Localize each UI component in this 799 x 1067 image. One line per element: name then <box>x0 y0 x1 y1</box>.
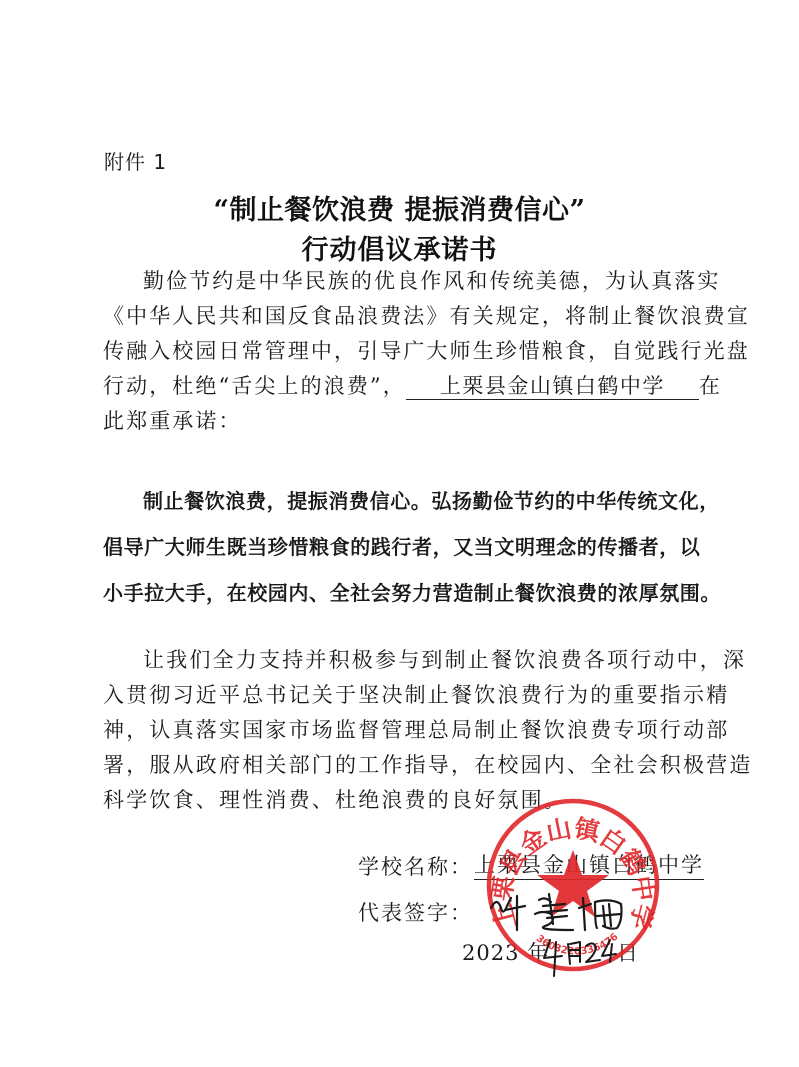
attachment-label: 附件 1 <box>104 146 167 175</box>
paragraph-commitment: 制止餐饮浪费，提振消费信心。弘扬勤俭节约的中华传统文化， 倡导广大师生既当珍惜粮… <box>103 478 708 616</box>
school-name-label: 学校名称： <box>358 851 473 881</box>
paragraph-call-to-action: 让我们全力支持并积极参与到制止餐饮浪费各项行动中，深 入贯彻习近平总书记关于坚决… <box>103 643 708 818</box>
representative-signature-label: 代表签字： <box>358 897 473 927</box>
paragraph-line: 让我们全力支持并积极参与到制止餐饮浪费各项行动中，深 <box>103 643 708 678</box>
paragraph-line: 传融入校园日常管理中，引导广大师生珍惜粮食，自觉践行光盘 <box>103 334 708 369</box>
paragraph-line: 倡导广大师生既当珍惜粮食的践行者，又当文明理念的传播者，以 <box>103 524 708 570</box>
paragraph-line: 神，认真落实国家市场监督管理总局制止餐饮浪费专项行动部 <box>103 713 708 748</box>
document-subtitle: 行动倡议承诺书 <box>0 228 799 267</box>
paragraph-intro: 勤俭节约是中华民族的优良作风和传统美德，为认真落实 《中华人民共和国反食品浪费法… <box>103 264 708 439</box>
line-prefix: 行动，杜绝“舌尖上的浪费”， <box>103 374 406 398</box>
paragraph-line: 《中华人民共和国反食品浪费法》有关规定，将制止餐饮浪费宣 <box>103 299 708 334</box>
paragraph-line: 勤俭节约是中华民族的优良作风和传统美德，为认真落实 <box>103 264 708 299</box>
paragraph-line: 入贯彻习近平总书记关于坚决制止餐饮浪费行为的重要指示精 <box>103 678 708 713</box>
line-suffix: 在 <box>699 374 722 398</box>
paragraph-line: 署，服从政府相关部门的工作指导，在校园内、全社会积极营造 <box>103 748 708 783</box>
paragraph-line: 行动，杜绝“舌尖上的浪费”，上栗县金山镇白鹤中学在 <box>103 369 708 404</box>
paragraph-line: 小手拉大手，在校园内、全社会努力营造制止餐饮浪费的浓厚氛围。 <box>103 570 708 616</box>
paragraph-line: 制止餐饮浪费，提振消费信心。弘扬勤俭节约的中华传统文化， <box>103 478 708 524</box>
handwritten-date-icon <box>540 930 620 980</box>
document-page: 附件 1 “制止餐饮浪费 提振消费信心” 行动倡议承诺书 勤俭节约是中华民族的优… <box>0 0 799 1067</box>
document-title: “制止餐饮浪费 提振消费信心” <box>0 188 799 227</box>
school-fill-in: 上栗县金山镇白鹤中学 <box>406 373 699 400</box>
paragraph-line: 此郑重承诺： <box>103 404 708 439</box>
